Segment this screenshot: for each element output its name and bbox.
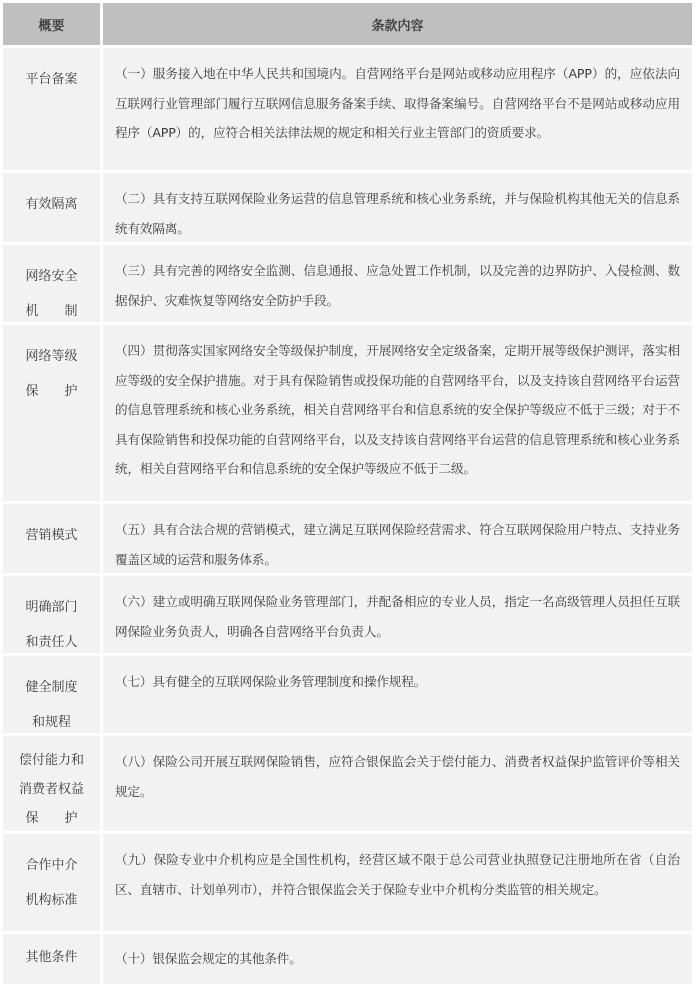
summary-line: 消费者权益 (7, 775, 96, 804)
table-row: 合作中介 机构标准 （九）保险专业中介机构应是全国性机构，经营区域不限于总公司营… (3, 834, 692, 931)
requirements-table: 概要 条款内容 平台备案 （一）服务接入地在中华人民共和国境内。自营网络平台是网… (3, 3, 692, 981)
row-summary: 健全制度 和规程 (3, 656, 100, 733)
row-summary: 明确部门 和责任人 (3, 576, 100, 653)
row-summary: 有效隔离 (3, 173, 100, 242)
table-row: 健全制度 和规程 （七）具有健全的互联网保险业务管理制度和操作规程。 (3, 656, 692, 733)
summary-line: 机 制 (7, 294, 96, 329)
table-row: 明确部门 和责任人 （六）建立或明确互联网保险业务管理部门，并配备相应的专业人员… (3, 576, 692, 653)
summary-line: 明确部门 (7, 590, 96, 625)
table-row: 网络等级 保 护 （四）贯彻落实国家网络安全等级保护制度，开展网络安全定级备案，… (3, 325, 692, 501)
table-row: 偿付能力和 消费者权益 保 护 （八）保险公司开展互联网保险销售，应符合银保监会… (3, 736, 692, 831)
row-content: （六）建立或明确互联网保险业务管理部门，并配备相应的专业人员，指定一名高级管理人… (103, 576, 692, 653)
row-summary: 营销模式 (3, 504, 100, 573)
row-content: （四）贯彻落实国家网络安全等级保护制度，开展网络安全定级备案，定期开展等级保护测… (103, 325, 692, 501)
summary-line: 营销模式 (7, 518, 96, 553)
row-content: （二）具有支持互联网保险业务运营的信息管理系统和核心业务系统，并与保险机构其他无… (103, 173, 692, 242)
summary-line: 和规程 (7, 705, 96, 740)
header-summary: 概要 (3, 3, 100, 45)
summary-line: 其他条件 (7, 940, 96, 975)
row-content: （九）保险专业中介机构应是全国性机构，经营区域不限于总公司营业执照登记注册地所在… (103, 834, 692, 931)
row-content: （五）具有合法合规的营销模式，建立满足互联网保险经营需求、符合互联网保险用户特点… (103, 504, 692, 573)
summary-line: 平台备案 (7, 62, 96, 97)
table-row: 营销模式 （五）具有合法合规的营销模式，建立满足互联网保险经营需求、符合互联网保… (3, 504, 692, 573)
summary-line: 和责任人 (7, 625, 96, 660)
summary-line: 合作中介 (7, 848, 96, 883)
table-row: 平台备案 （一）服务接入地在中华人民共和国境内。自营网络平台是网站或移动应用程序… (3, 48, 692, 170)
row-summary: 合作中介 机构标准 (3, 834, 100, 931)
row-summary: 其他条件 (3, 934, 100, 981)
summary-line: 偿付能力和 (7, 746, 96, 775)
summary-line: 保 护 (7, 374, 96, 409)
row-summary: 偿付能力和 消费者权益 保 护 (3, 736, 100, 831)
summary-line: 机构标准 (7, 883, 96, 918)
row-content: （三）具有完善的网络安全监测、信息通报、应急处置工作机制，以及完善的边界防护、入… (103, 245, 692, 322)
row-summary: 网络等级 保 护 (3, 325, 100, 501)
summary-line: 保 护 (7, 804, 96, 833)
table-row: 其他条件 （十）银保监会规定的其他条件。 (3, 934, 692, 981)
row-summary: 网络安全 机 制 (3, 245, 100, 322)
row-summary: 平台备案 (3, 48, 100, 170)
row-content: （七）具有健全的互联网保险业务管理制度和操作规程。 (103, 656, 692, 733)
row-content: （一）服务接入地在中华人民共和国境内。自营网络平台是网站或移动应用程序（APP）… (103, 48, 692, 170)
summary-line: 网络等级 (7, 339, 96, 374)
row-content: （十）银保监会规定的其他条件。 (103, 934, 692, 981)
row-content: （八）保险公司开展互联网保险销售，应符合银保监会关于偿付能力、消费者权益保护监管… (103, 736, 692, 831)
summary-line: 有效隔离 (7, 187, 96, 222)
table-row: 有效隔离 （二）具有支持互联网保险业务运营的信息管理系统和核心业务系统，并与保险… (3, 173, 692, 242)
table-row: 网络安全 机 制 （三）具有完善的网络安全监测、信息通报、应急处置工作机制，以及… (3, 245, 692, 322)
summary-line: 健全制度 (7, 670, 96, 705)
header-content: 条款内容 (103, 3, 692, 45)
summary-line: 网络安全 (7, 259, 96, 294)
table-header-row: 概要 条款内容 (3, 3, 692, 45)
